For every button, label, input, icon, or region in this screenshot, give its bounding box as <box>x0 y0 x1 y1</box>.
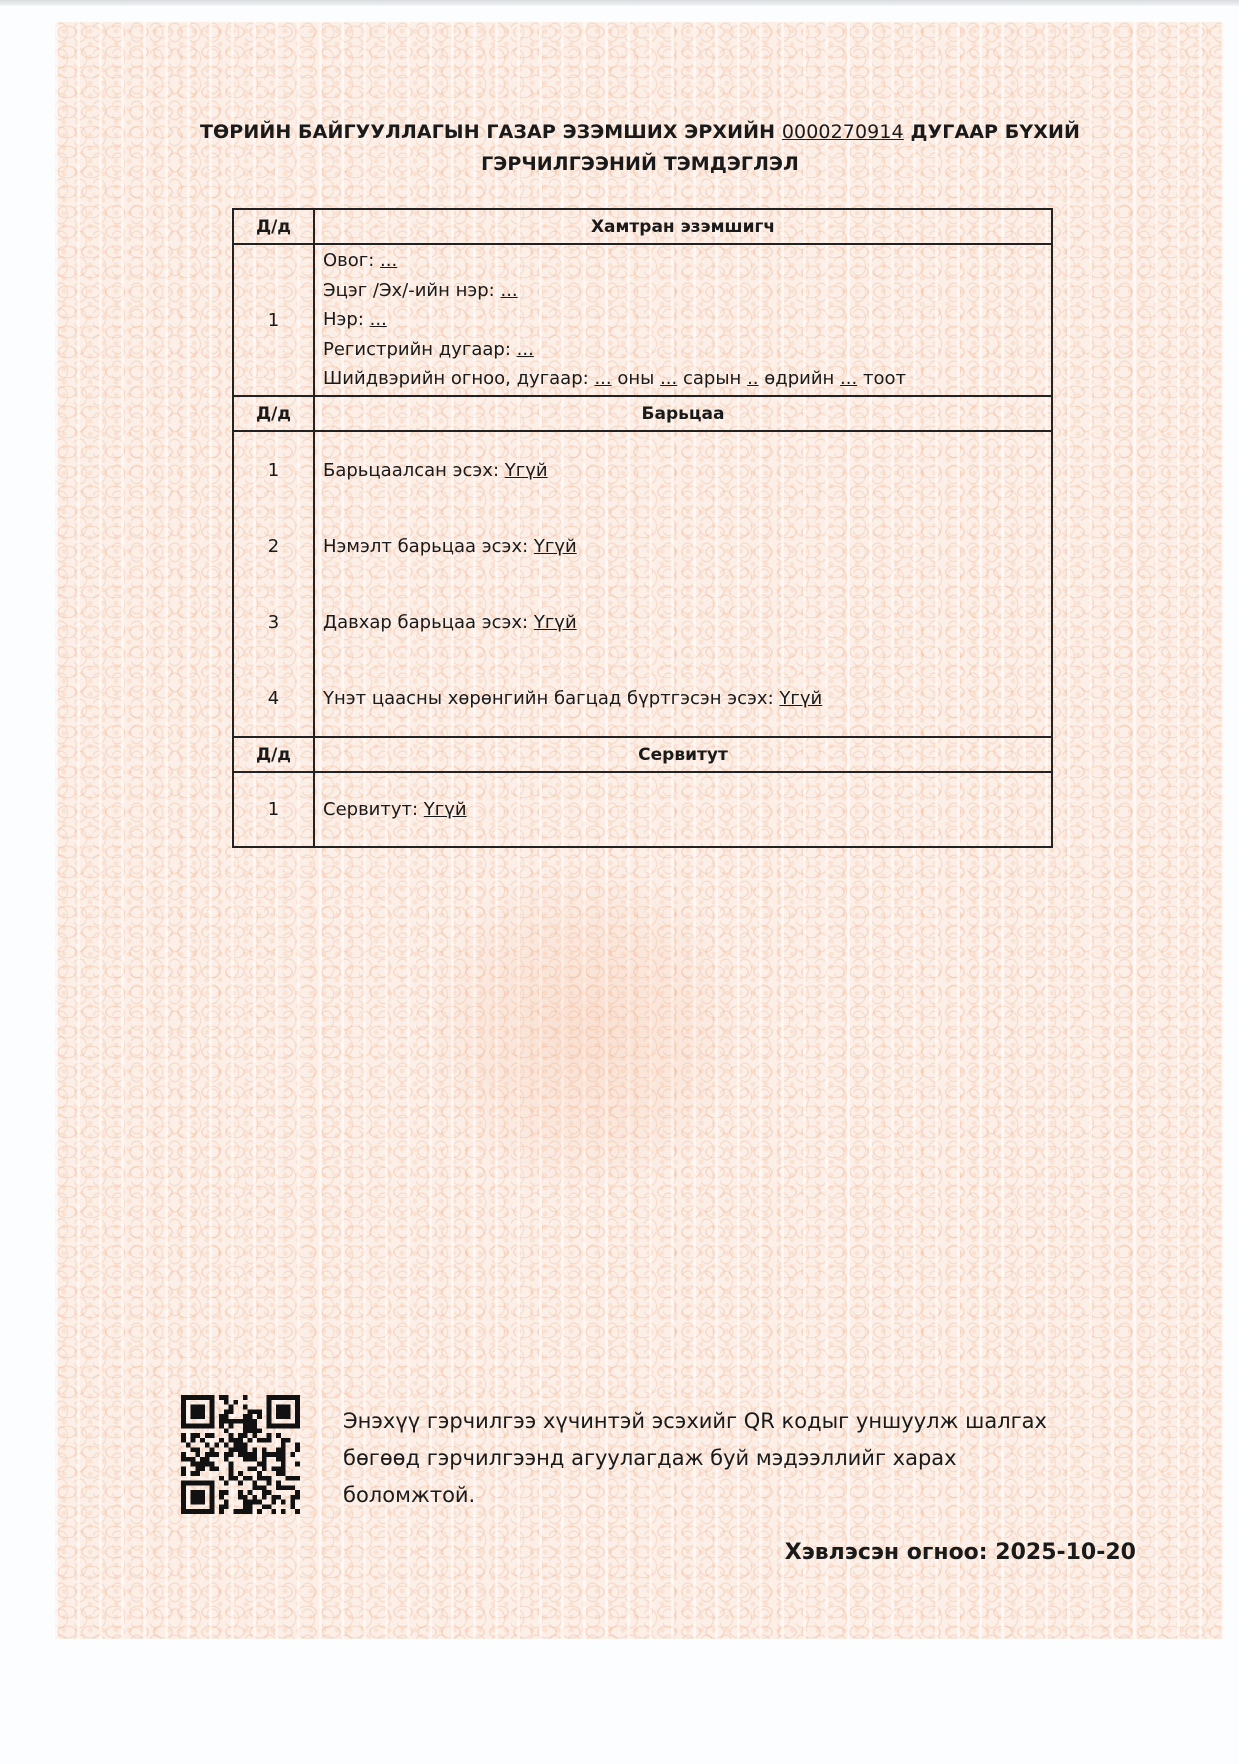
decision-month: ... <box>660 368 677 389</box>
decision-year: ... <box>594 368 611 389</box>
patronymic-label: Эцэг /Эх/-ийн нэр: <box>323 280 495 301</box>
day-word: өдрийн <box>764 368 834 389</box>
pledge-row: 2 Нэмэлт барьцаа эсэх: Үгүй <box>233 508 1052 584</box>
surname-label: Овог: <box>323 250 374 271</box>
pledge-label: Давхар барьцаа эсэх: <box>323 612 528 633</box>
servitude-label: Сервитут: <box>323 799 418 820</box>
co-owner-details: Овог: ... Эцэг /Эх/-ийн нэр: ... Нэр: ..… <box>314 244 1052 396</box>
row-index: 2 <box>233 508 314 584</box>
title-suffix: ДУГААР БҮХИЙ <box>910 121 1080 143</box>
row-index: 4 <box>233 660 314 737</box>
patronymic-value: ... <box>500 280 517 301</box>
row-index: 1 <box>233 244 314 396</box>
servitude-title: Сервитут <box>314 737 1052 772</box>
pledge-item: Барьцаалсан эсэх: Үгүй <box>314 431 1052 508</box>
qr-verification-note: Энэхүү гэрчилгээ хүчинтэй эсэхийг QR код… <box>343 1403 1063 1514</box>
col-index-header: Д/д <box>233 737 314 772</box>
pledge-row: 4 Үнэт цаасны хөрөнгийн багцад бүртгэсэн… <box>233 660 1052 737</box>
year-word: оны <box>617 368 654 389</box>
col-index-header: Д/д <box>233 209 314 244</box>
certificate-number: 0000270914 <box>782 121 904 143</box>
name-value: ... <box>370 309 387 330</box>
pledge-value: Үгүй <box>534 536 577 557</box>
pledge-value: Үгүй <box>534 612 577 633</box>
pledge-row: 1 Барьцаалсан эсэх: Үгүй <box>233 431 1052 508</box>
decision-label: Шийдвэрийн огноо, дугаар: <box>323 368 589 389</box>
pledge-item: Үнэт цаасны хөрөнгийн багцад бүртгэсэн э… <box>314 660 1052 737</box>
co-owner-title: Хамтран эзэмшигч <box>314 209 1052 244</box>
co-owner-header: Д/д Хамтран эзэмшигч <box>233 209 1052 244</box>
pledge-header: Д/д Барьцаа <box>233 396 1052 431</box>
pledge-item: Нэмэлт барьцаа эсэх: Үгүй <box>314 508 1052 584</box>
decision-day: .. <box>747 368 758 389</box>
watermark-emblem <box>420 860 750 1200</box>
qr-code-icon[interactable] <box>181 1395 300 1514</box>
pledge-value: Үгүй <box>505 460 548 481</box>
servitude-row: 1 Сервитут: Үгүй <box>233 772 1052 847</box>
name-label: Нэр: <box>323 309 364 330</box>
month-word: сарын <box>683 368 741 389</box>
col-index-header: Д/д <box>233 396 314 431</box>
co-owner-row: 1 Овог: ... Эцэг /Эх/-ийн нэр: ... Нэр: … <box>233 244 1052 396</box>
pledge-value: Үгүй <box>779 688 822 709</box>
pledge-label: Барьцаалсан эсэх: <box>323 460 499 481</box>
pledge-label: Нэмэлт барьцаа эсэх: <box>323 536 528 557</box>
title-prefix: ТӨРИЙН БАЙГУУЛЛАГЫН ГАЗАР ЭЗЭМШИХ ЭРХИЙН <box>200 121 775 143</box>
pledge-item: Давхар барьцаа эсэх: Үгүй <box>314 584 1052 660</box>
row-index: 1 <box>233 772 314 847</box>
pledge-title: Барьцаа <box>314 396 1052 431</box>
row-index: 3 <box>233 584 314 660</box>
title-line2: ГЭРЧИЛГЭЭНИЙ ТЭМДЭГЛЭЛ <box>481 153 799 175</box>
scan-edge <box>0 0 1239 6</box>
servitude-header: Д/д Сервитут <box>233 737 1052 772</box>
servitude-item: Сервитут: Үгүй <box>314 772 1052 847</box>
servitude-value: Үгүй <box>424 799 467 820</box>
registration-table: Д/д Хамтран эзэмшигч 1 Овог: ... Эцэг /Э… <box>232 208 1053 848</box>
document-title: ТӨРИЙН БАЙГУУЛЛАГЫН ГАЗАР ЭЗЭМШИХ ЭРХИЙН… <box>160 116 1120 180</box>
row-index: 1 <box>233 431 314 508</box>
printed-date-value: 2025-10-20 <box>995 1540 1136 1565</box>
printed-date: Хэвлэсэн огноо: 2025-10-20 <box>785 1540 1136 1565</box>
pledge-row: 3 Давхар барьцаа эсэх: Үгүй <box>233 584 1052 660</box>
pledge-label: Үнэт цаасны хөрөнгийн багцад бүртгэсэн э… <box>323 688 774 709</box>
decision-number: ... <box>840 368 857 389</box>
number-word: тоот <box>863 368 906 389</box>
register-label: Регистрийн дугаар: <box>323 339 511 360</box>
register-value: ... <box>517 339 534 360</box>
printed-label: Хэвлэсэн огноо: <box>785 1540 988 1565</box>
surname-value: ... <box>380 250 397 271</box>
